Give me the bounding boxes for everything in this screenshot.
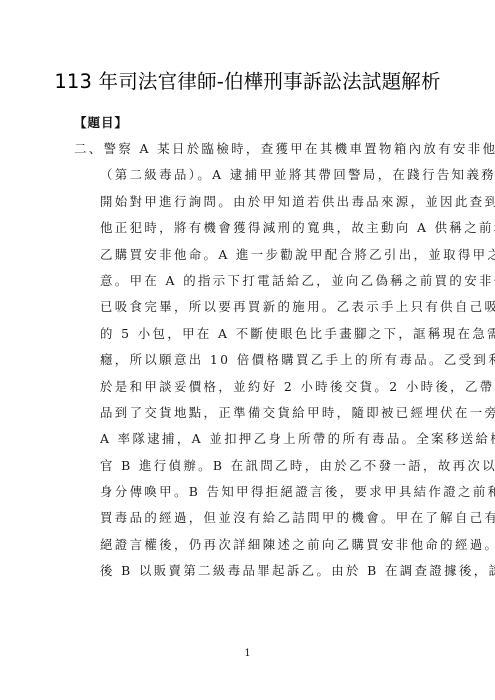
question-line: 買毒品的經過，但並沒有給乙詰問甲的機會。甲在了解自己有拒 xyxy=(74,505,434,531)
question-line: A 率隊逮捕，A 並扣押乙身上所帶的所有毒品。全案移送給檢察 xyxy=(74,426,434,452)
question-line: 二、警察 A 某日於臨檢時，查獲甲在其機車置物箱內放有安非他命 xyxy=(74,136,434,162)
question-body: 二、警察 A 某日於臨檢時，查獲甲在其機車置物箱內放有安非他命 （第二級毒品）。… xyxy=(74,136,434,585)
question-line: 的 5 小包，甲在 A 不斷使眼色比手畫腳之下，誆稱現在急需解 xyxy=(74,321,434,347)
question-line: 後 B 以販賣第二級毒品罪起訴乙。由於 B 在調查證據後，認為甲 xyxy=(74,558,434,584)
question-line: 開始對甲進行詢問。由於甲知道若供出毒品來源，並因此查到其 xyxy=(74,189,434,215)
document-page: 113 年司法官律師-伯樺刑事訴訟法試題解析 【題目】 二、警察 A 某日於臨檢… xyxy=(0,0,495,700)
question-line: 官 B 進行偵辦。B 在訊問乙時，由於乙不發一語，故再次以證人 xyxy=(74,453,434,479)
document-title: 113 年司法官律師-伯樺刑事訴訟法試題解析 xyxy=(0,66,495,94)
question-line: 意。甲在 A 的指示下打電話給乙，並向乙偽稱之前買的安非他命 xyxy=(74,268,434,294)
question-line: 絕證言權後，仍再次詳細陳述之前向乙購買安非他命的經過。最 xyxy=(74,532,434,558)
section-label-question: 【題目】 xyxy=(74,113,128,131)
page-number: 1 xyxy=(0,648,495,659)
question-line: 於是和甲談妥價格，並約好 2 小時後交貨。2 小時後，乙帶著毒 xyxy=(74,374,434,400)
question-line: 品到了交貨地點，正準備交貨給甲時，隨即被已經埋伏在一旁的 xyxy=(74,400,434,426)
question-line: 身分傳喚甲。B 告知甲得拒絕證言後，要求甲具結作證之前和乙 xyxy=(74,479,434,505)
question-line: 癮，所以願意出 10 倍價格購買乙手上的所有毒品。乙受到利誘， xyxy=(74,347,434,373)
question-line: 乙購買安非他命。A 進一步勸說甲配合將乙引出，並取得甲之同 xyxy=(74,242,434,268)
question-line: （第二級毒品）。A 逮捕甲並將其帶回警局，在踐行告知義務後， xyxy=(74,162,434,188)
question-line: 已吸食完畢，所以要再買新的施用。乙表示手上只有供自己吸食 xyxy=(74,294,434,320)
question-line: 他正犯時，將有機會獲得減刑的寬典，故主動向 A 供稱之前均向 xyxy=(74,215,434,241)
